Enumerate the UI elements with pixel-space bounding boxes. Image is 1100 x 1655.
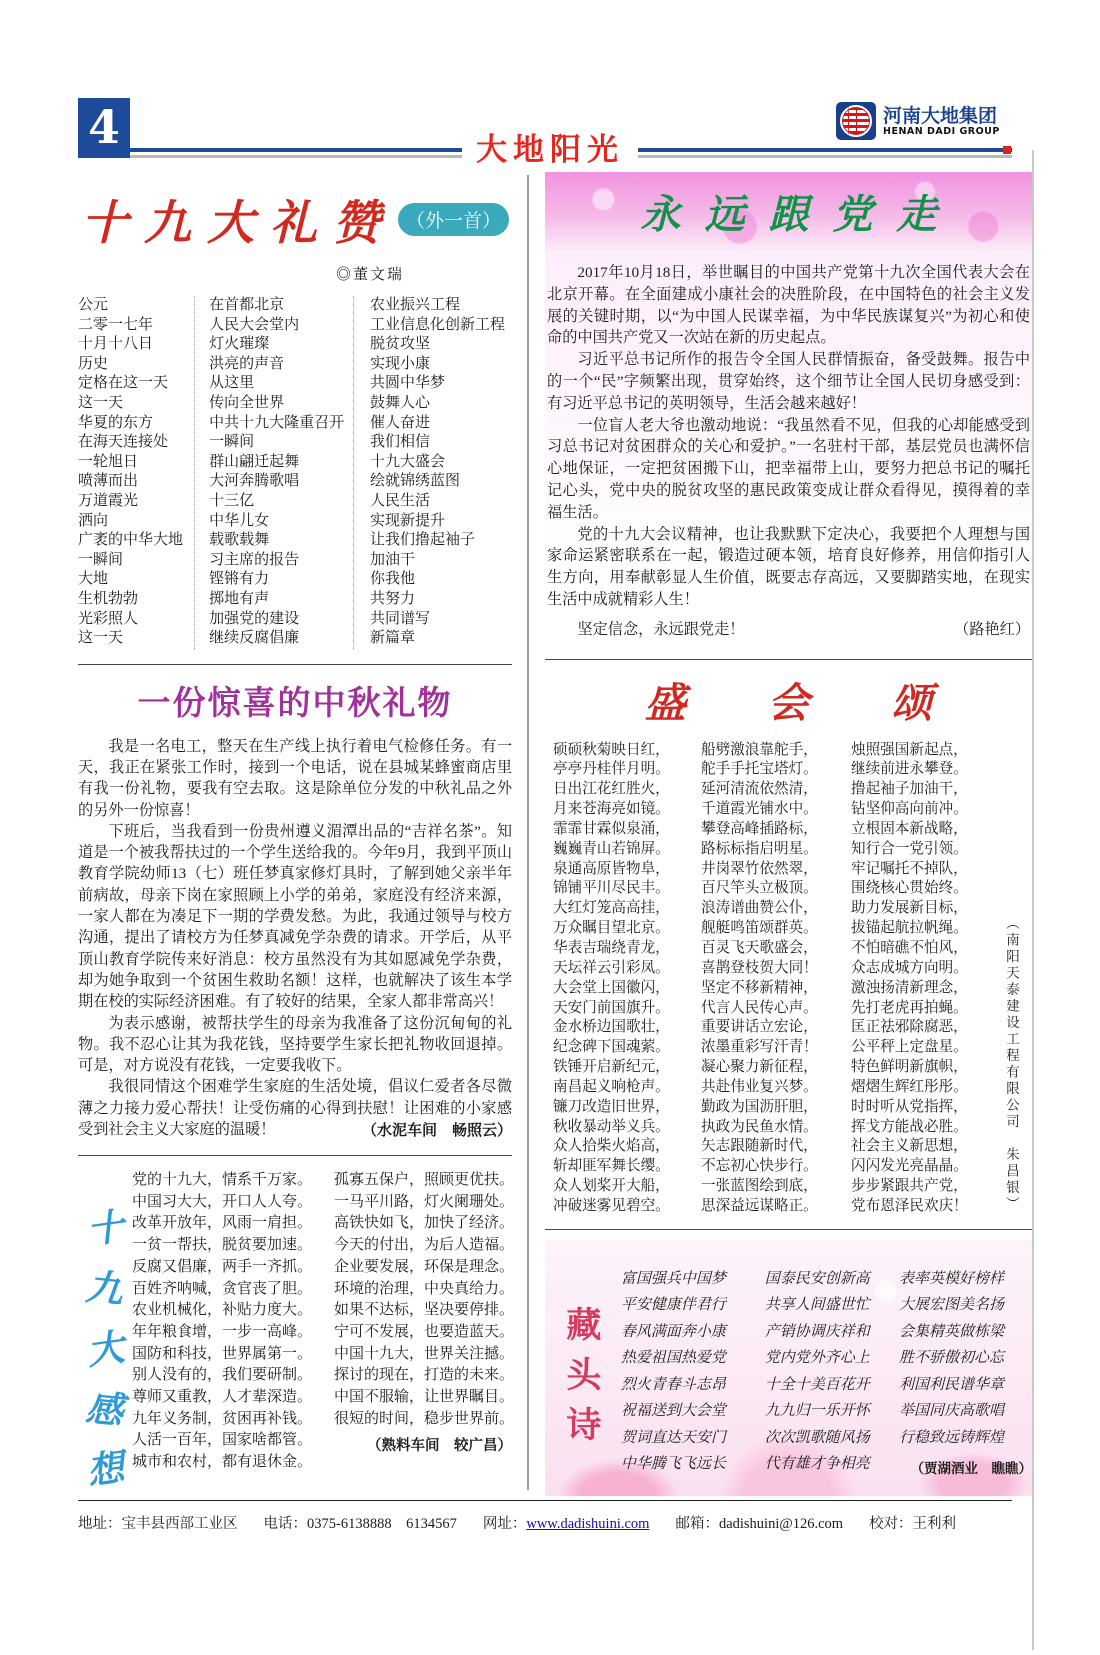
verse-line: 九九归一乐开怀 [765,1398,899,1425]
verse-line: 坚定不移新精神， [701,979,851,999]
verse-line: 冲破迷雾见碧空。 [553,1197,701,1217]
verse-line: 亭亭丹桂伴月明。 [553,760,701,780]
verse-line: 激浊扬清新理念， [851,979,1001,999]
header-rule-red-dot [1003,146,1011,154]
left-column: 十九大礼赞 （外一首） ◎董文瑞 公元二零一七年十月十八日历史定格在这一天这一天… [78,168,512,1493]
verse-line: 一贫一帮扶，脱贫要加速。 [132,1235,334,1257]
title-char: 十 [75,1195,136,1256]
poem-line: 绘就锦绣蓝图 [370,472,512,492]
gift-article-title: 一份惊喜的中秋礼物 [78,677,512,724]
verse-line: 百姓齐呐喊，贪官丧了胆。 [132,1279,334,1301]
footer-web: 网址：www.dadishuini.com [483,1512,650,1533]
verse-line: 钻坚仰高向前冲。 [851,800,1001,820]
page-number: 4 [78,98,130,158]
verse-line: 镰刀改造旧世界， [553,1098,701,1118]
acrostic-col1: 富国强兵中国梦平安健康伴君行春风满面奔小康热爱祖国热爱党烈火青春斗志昂祝福送到大… [609,1266,765,1478]
poem-line: 万道霞光 [78,492,194,512]
verse-line: 重要讲话立宏论， [701,1018,851,1038]
verse-line: 浓墨重彩写汗青！ [701,1038,851,1058]
verse-line: 先打老虎再拍蝇。 [851,999,1001,1019]
poem-line: 十三亿 [209,492,353,512]
footer-address: 地址：宝丰县西部工业区 [78,1512,238,1533]
poem-line: 习主席的报告 [209,551,353,571]
verse-line: 高铁快如飞，加快了经济。 [334,1213,512,1235]
poem-line: 一轮旭日 [78,453,194,473]
follow-paragraph: 习近平总书记所作的报告令全国人民群情振奋，备受鼓舞。报告中的一个“民”字频繁出现… [547,349,1030,414]
verse-line: 代言人民传心声。 [701,999,851,1019]
poem-line: 广袤的中华大地 [78,531,194,551]
verse-line: 会集精英做栋梁 [899,1319,1032,1346]
poem-line: 脱贫攻坚 [370,335,512,355]
poem-line: 共同谱写 [370,610,512,630]
verse-line: 举国同庆高歌唱 [899,1398,1032,1425]
verse-line: 反腐又倡廉，两手一齐抓。 [132,1257,334,1279]
poem-line: 催人奋进 [370,414,512,434]
verse-line: 南昌起义响枪声。 [553,1078,701,1098]
section-rule [78,1155,512,1156]
poem-line: 继续反腐倡廉 [209,629,353,649]
verse-line: 泉通高原皆物阜， [553,860,701,880]
verse-line: 如果不达标，坚决要停排。 [334,1300,512,1322]
reflections-col1: 党的十九大，情系千万家。中国习大大，开口人人夸。改革开放年，风雨一肩担。一贫一帮… [132,1170,334,1493]
verse-line: 今天的付出，为后人造福。 [334,1235,512,1257]
verse-line: 硕硕秋菊映日红， [553,741,701,761]
verse-line: 舵手手托宝塔灯。 [701,760,851,780]
poem-line: 灯火璀璨 [209,335,353,355]
verse-line: 延河清流依然清， [701,780,851,800]
verse-line: 纪念碑下国魂萦。 [553,1038,701,1058]
verse-line: 孤寡五保户，照顾更优扶。 [334,1170,512,1192]
title-char: 想 [75,1436,136,1497]
verse-line: 华表吉瑞绕青龙， [553,939,701,959]
acrostic-attribution: （贾湖酒业 瞧瞧） [899,1457,1032,1477]
poem-line: 加油干 [370,551,512,571]
footer-phone: 电话：0375-6138888 6134567 [264,1512,457,1533]
poem-line: 十月十八日 [78,335,194,355]
verse-line: 一张蓝图绘到底， [701,1177,851,1197]
poem-line: 定格在这一天 [78,374,194,394]
verse-line: 继续前进永攀登。 [851,760,1001,780]
section-rule [545,1229,1032,1230]
title-char: 大 [75,1315,136,1376]
verse-line: 铁锤开启新纪元， [553,1058,701,1078]
poem-line: 工业信息化创新工程 [370,316,512,336]
ode-author: ◎董文瑞 [228,263,512,284]
verse-line: 农业机械化，补贴力度大。 [132,1300,334,1322]
ode-poem-col1: 公元二零一七年十月十八日历史定格在这一天这一天华夏的东方在海天连接处一轮旭日喷薄… [78,296,194,649]
verse-line: 浪涛谱曲赞公仆， [701,899,851,919]
verse-line: 大红灯笼高高挂， [553,899,701,919]
verse-line: 矢志跟随新时代， [701,1137,851,1157]
poem-line: 中共十九大隆重召开 [209,414,353,434]
poem-line: 铿锵有力 [209,570,353,590]
verse-line: 百尺竿头立极顶。 [701,879,851,899]
verse-line: 匡正祛邪除腐恶， [851,1018,1001,1038]
poem-line: 共努力 [370,590,512,610]
follow-paragraph: 2017年10月18日，举世瞩目的中国共产党第十九次全国代表大会在北京开幕。在全… [547,262,1030,349]
title-char: 九 [75,1256,134,1315]
logo-name-cn: 河南大地集团 [883,106,1000,126]
verse-line: 舰艇鸣笛颂群英。 [701,919,851,939]
ode-poem-col2: 在首都北京人民大会堂内灯火璀璨洪亮的声音从这里传向全世界中共十九大隆重召开一瞬间… [194,296,354,649]
acrostic-section: 藏头诗 富国强兵中国梦平安健康伴君行春风满面奔小康热爱祖国热爱党烈火青春斗志昂祝… [545,1240,1032,1496]
poem-line: 十九大盛会 [370,453,512,473]
poem-line: 历史 [78,355,194,375]
title-char: 诗 [559,1398,609,1448]
verse-line: 勤政为国沥肝胆， [701,1098,851,1118]
reflections-col2: 孤寡五保户，照顾更优扶。一马平川路，灯火阑珊处。高铁快如飞，加快了经济。今天的付… [334,1170,512,1430]
verse-line: 不怕暗礁不怕风， [851,939,1001,959]
verse-line: 祝福送到大会堂 [621,1398,765,1425]
acrostic-col2: 国泰民安创新高共享人间盛世忙产销协调庆祥和党内党外齐心上十全十美百花开九九归一乐… [765,1266,899,1478]
verse-line: 贺词直达天安门 [621,1425,765,1452]
verse-line: 众人拾柴火焰高， [553,1137,701,1157]
shenghui-col2: 船劈激浪靠舵手，舵手手托宝塔灯。延河清流依然清，千道霞光铺水中。攀登高峰插路标，… [701,741,851,1217]
verse-line: 拔锚起航拉帆绳。 [851,919,1001,939]
verse-line: 秋收暴动举义兵。 [553,1118,701,1138]
verse-line: 大会堂上国徽闪， [553,979,701,999]
verse-line: 党的十九大，情系千万家。 [132,1170,334,1192]
verse-line: 挥戈方能战必胜。 [851,1118,1001,1138]
verse-line: 月来苍海亮如镜。 [553,800,701,820]
poem-line: 新篇章 [370,629,512,649]
poem-line: 实现小康 [370,355,512,375]
gift-paragraph: 为表示感谢，被帮扶学生的母亲为我准备了这份沉甸甸的礼物。我不忍心让其为我花钱，坚… [78,1013,512,1077]
verse-line: 凝心聚力新征程， [701,1058,851,1078]
verse-line: 船劈激浪靠舵手， [701,741,851,761]
title-char: 藏 [559,1298,609,1348]
title-char: 头 [559,1348,609,1398]
poem-line: 洒向 [78,512,194,532]
ode-poem-col3: 农业振兴工程工业信息化创新工程脱贫攻坚实现小康共圆中华梦鼓舞人心催人奋进我们相信… [354,296,512,649]
poem-line: 共圆中华梦 [370,374,512,394]
poem-line: 光彩照人 [78,610,194,630]
poem-line: 大地 [78,570,194,590]
gift-paragraph: 我是一名电工，整天在生产线上执行着电气检修任务。有一天，我正在紧张工作时，接到一… [78,736,512,821]
poem-line: 喷薄而出 [78,472,194,492]
verse-line: 很短的时间，稳步世界前。 [334,1409,512,1431]
verse-line: 胜不骄傲初心忘 [899,1345,1032,1372]
verse-line: 党布恩泽民欢庆！ [851,1197,1001,1217]
follow-paragraph: 党的十九大会议精神，也让我默默下定决心，我要把个人理想与国家命运紧密联系在一起，… [547,524,1030,611]
poem-line: 掷地有声 [209,590,353,610]
follow-last-line-row: 坚定信念，永远跟党走！ （路艳红） [547,619,1030,641]
verse-line: 环境的治理，中央真给力。 [334,1279,512,1301]
poem-line: 鼓舞人心 [370,394,512,414]
verse-line: 井岗翠竹依然翠， [701,860,851,880]
verse-line: 日出江花红胜火， [553,780,701,800]
verse-line: 平安健康伴君行 [621,1292,765,1319]
acrostic-col3: 表率英模好榜样大展宏图美名扬会集精英做栋梁胜不骄傲初心忘利国利民谱华章举国同庆高… [899,1266,1032,1452]
verse-line: 立根固本新战略， [851,820,1001,840]
footer-website-link[interactable]: www.dadishuini.com [526,1516,649,1532]
poem-line: 在海天连接处 [78,433,194,453]
reflections-attribution: （熟料车间 较广昌） [334,1434,512,1455]
masthead-title: 大地阳光 [462,124,638,169]
column-divider [527,175,529,1490]
verse-line: 城市和农村，都有退休金。 [132,1452,334,1474]
verse-line: 路标标指启明星。 [701,840,851,860]
poem-line: 你我他 [370,570,512,590]
ode-title-row: 十九大礼赞 （外一首） [78,186,512,253]
verse-line: 喜鹊登枝贺大同！ [701,959,851,979]
ode-title: 十九大礼赞 [81,186,396,253]
verse-line: 步步紧跟共产党， [851,1177,1001,1197]
shenghui-poem: 硕硕秋菊映日红，亭亭丹桂伴月明。日出江花红胜火，月来苍海亮如镜。霏霏甘霖似泉涌，… [545,741,1032,1217]
verse-line: 金水桥边国歌壮， [553,1018,701,1038]
verse-line: 思深益远谋略正。 [701,1197,851,1217]
verse-line: 千道霞光铺水中。 [701,800,851,820]
verse-line: 改革开放年，风雨一肩担。 [132,1213,334,1235]
verse-line: 知行合一党引领。 [851,840,1001,860]
poem-line: 二零一七年 [78,316,194,336]
verse-line: 公平秤上定盘星。 [851,1038,1001,1058]
verse-line: 次次凯歌随风扬 [765,1425,899,1452]
verse-line: 年年粮食增，一步一高峰。 [132,1322,334,1344]
verse-line: 党内党外齐心上 [765,1345,899,1372]
verse-line: 共赴伟业复兴梦。 [701,1078,851,1098]
poem-line: 生机勃勃 [78,590,194,610]
poem-line: 实现新提升 [370,512,512,532]
follow-paragraph: 一位盲人老大爷也激动地说：“我虽然看不见，但我的心却能感受到习总书记对贫困群众的… [547,415,1030,524]
shenghui-attribution: （南阳天泰建设工程有限公司 朱昌银） [1001,916,1021,1216]
verse-line: 大展宏图美名扬 [899,1292,1032,1319]
verse-line: 一马平川路，灯火阑珊处。 [334,1192,512,1214]
shenghui-title: 盛 会 颂 [545,670,1032,729]
ode-poem: 公元二零一七年十月十八日历史定格在这一天这一天华夏的东方在海天连接处一轮旭日喷薄… [78,296,512,649]
poem-line: 从这里 [209,374,353,394]
shenghui-col3: 烛照强国新起点，继续前进永攀登。撸起袖子加油干，钻坚仰高向前冲。立根固本新战略，… [851,741,1001,1217]
footer-email: 邮箱：dadishuini@126.com [675,1512,843,1533]
title-char: 感 [75,1376,134,1435]
poem-line: 人民生活 [370,492,512,512]
verse-line: 霏霏甘霖似泉涌， [553,820,701,840]
verse-line: 尊师又重教，人才辈深造。 [132,1387,334,1409]
gift-paragraph: 下班后，当我看到一份贵州遵义湄潭出品的“吉祥名茶”。知道是一个被我帮扶过的一个学… [78,821,512,1013]
verse-line: 助力发展新目标， [851,899,1001,919]
poem-line: 一瞬间 [209,433,353,453]
verse-line: 执政为民鱼水情。 [701,1118,851,1138]
verse-line: 国防和科技，世界属第一。 [132,1344,334,1366]
verse-line: 万众瞩目望北京。 [553,919,701,939]
section-rule [545,659,1032,660]
poem-line: 中华儿女 [209,512,353,532]
verse-line: 中国不服输，让世界瞩目。 [334,1387,512,1409]
company-logo: 河南大地集团 HENAN DADI GROUP [836,100,1012,142]
logo-globe-icon [836,102,876,140]
poem-line: 农业振兴工程 [370,296,512,316]
verse-line: 天坛祥云引彩凤。 [553,959,701,979]
verse-line: 富国强兵中国梦 [621,1266,765,1293]
verse-line: 牢记嘱托不掉队， [851,860,1001,880]
poem-line: 让我们撸起袖子 [370,531,512,551]
verse-line: 锦铺平川尽民丰。 [553,879,701,899]
verse-line: 巍巍青山若锦屏。 [553,840,701,860]
page-edge-line [1032,150,1034,1650]
poem-line: 我们相信 [370,433,512,453]
page-footer: 地址：宝丰县西部工业区 电话：0375-6138888 6134567 网址：w… [78,1500,1012,1533]
verse-line: 中国习大大，开口人人夸。 [132,1192,334,1214]
ode-subtitle-badge: （外一首） [398,203,509,236]
verse-line: 斩却匪军舞长缨。 [553,1157,701,1177]
logo-name-en: HENAN DADI GROUP [883,126,1000,137]
poem-line: 洪亮的声音 [209,355,353,375]
poem-line: 这一天 [78,629,194,649]
verse-line: 熠熠生辉红彤彤。 [851,1078,1001,1098]
verse-line: 利国利民谱华章 [899,1372,1032,1399]
follow-closing-line: 坚定信念，永远跟党走！ [547,619,744,641]
verse-line: 众人划桨开大船， [553,1177,701,1197]
footer-web-label: 网址： [483,1516,527,1532]
section-rule [78,664,512,665]
poem-line: 加强党的建设 [209,610,353,630]
poem-line: 群山翩迁起舞 [209,453,353,473]
verse-line: 企业要发展，环保是理念。 [334,1257,512,1279]
follow-title-banner: 永远跟党走 [545,172,1032,250]
poem-line: 大河奔腾歌唱 [209,472,353,492]
verse-line: 百灵飞天歌盛会， [701,939,851,959]
verse-line: 众志成城方向明。 [851,959,1001,979]
verse-line: 烛照强国新起点， [851,741,1001,761]
poem-line: 华夏的东方 [78,414,194,434]
verse-line: 别人没有的，我们要研制。 [132,1365,334,1387]
verse-line: 宁可不发展，也要造蓝天。 [334,1322,512,1344]
shenghui-col1: 硕硕秋菊映日红，亭亭丹桂伴月明。日出江花红胜火，月来苍海亮如镜。霏霏甘霖似泉涌，… [545,741,701,1217]
poem-line: 在首都北京 [209,296,353,316]
verse-line: 行稳致远铸辉煌 [899,1425,1032,1452]
verse-line: 中华腾飞飞远长 [621,1451,765,1478]
verse-line: 探讨的现在，打造的未来。 [334,1365,512,1387]
reflections-section: 十九大感想 党的十九大，情系千万家。中国习大大，开口人人夸。改革开放年，风雨一肩… [78,1170,512,1493]
verse-line: 撸起袖子加油干， [851,780,1001,800]
verse-line: 九年义务制，贫困再补钱。 [132,1409,334,1431]
verse-line: 人活一百年，国家啥都管。 [132,1430,334,1452]
verse-line: 十全十美百花开 [765,1372,899,1399]
newspaper-page: 4 大地阳光 河南大地集团 HENAN DADI GROUP 十九大礼赞 （外一… [0,0,1100,1655]
footer-proofreader: 校对：王利利 [869,1512,956,1533]
poem-line: 传向全世界 [209,394,353,414]
follow-title: 永远跟党走 [617,183,961,240]
verse-line: 闪闪发光亮晶晶。 [851,1157,1001,1177]
verse-line: 共享人间盛世忙 [765,1292,899,1319]
poem-line: 载歌载舞 [209,531,353,551]
verse-line: 春风满面奔小康 [621,1319,765,1346]
verse-line: 国泰民安创新高 [765,1266,899,1293]
verse-line: 围绕核心贯始终。 [851,879,1001,899]
follow-article-body: 2017年10月18日，举世瞩目的中国共产党第十九次全国代表大会在北京开幕。在全… [545,250,1032,647]
verse-line: 特色鲜明新旗帜， [851,1058,1001,1078]
verse-line: 代有雄才争相亮 [765,1451,899,1478]
verse-line: 攀登高峰插路标， [701,820,851,840]
verse-line: 中国十九大，世界关注撼。 [334,1344,512,1366]
verse-line: 不忘初心快步行。 [701,1157,851,1177]
poem-line: 一瞬间 [78,551,194,571]
verse-line: 产销协调庆祥和 [765,1319,899,1346]
poem-line: 人民大会堂内 [209,316,353,336]
verse-line: 烈火青春斗志昂 [621,1372,765,1399]
right-column: 永远跟党走 2017年10月18日，举世瞩目的中国共产党第十九次全国代表大会在北… [545,172,1032,1496]
acrostic-vertical-title: 藏头诗 [559,1298,609,1448]
reflections-vertical-title: 十九大感想 [78,1198,132,1493]
follow-attribution: （路艳红） [954,619,1030,641]
poem-line: 公元 [78,296,194,316]
verse-line: 时时听从党指挥， [851,1098,1001,1118]
verse-line: 天安门前国旗升。 [553,999,701,1019]
verse-line: 表率英模好榜样 [899,1266,1032,1293]
poem-line: 这一天 [78,394,194,414]
verse-line: 社会主义新思想， [851,1137,1001,1157]
verse-line: 热爱祖国热爱党 [621,1345,765,1372]
